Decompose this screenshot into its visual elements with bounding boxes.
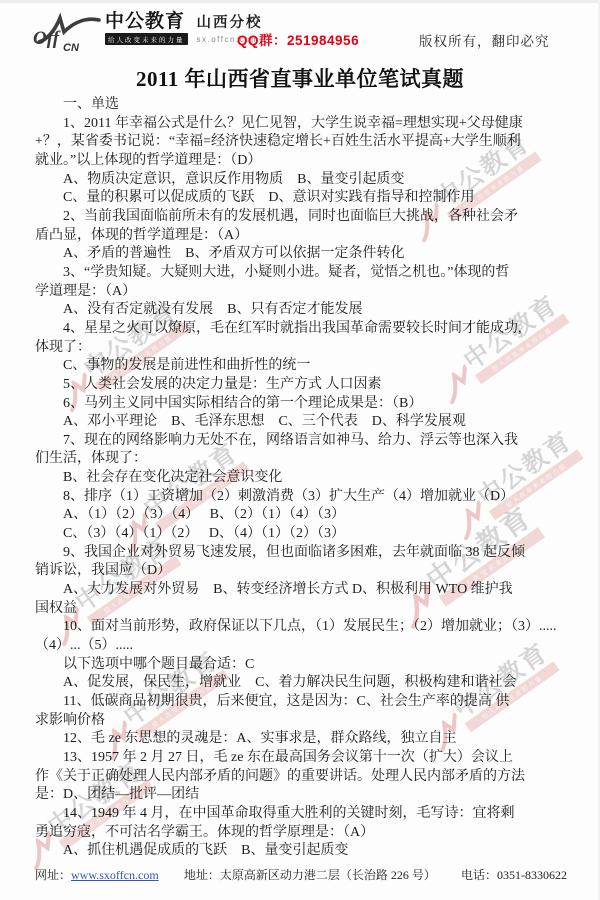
body-line-28: 国权益 bbox=[35, 600, 580, 619]
footer-web: 网址：www.sxoffcn.com bbox=[35, 866, 159, 883]
body-line-22: 8、排序（1）工资增加（2）刺激消费（3）扩大生产（4）增加就业（D） bbox=[35, 488, 580, 507]
qq-group-number: QQ群：251984956 bbox=[237, 29, 359, 49]
body-line-24: C、（3）（4）（1）（2） D、（4）（1）（2）（3） bbox=[35, 525, 580, 544]
body-line-4: 就业。”以上体现的哲学道理是：（D） bbox=[35, 152, 580, 171]
body-line-8: 盾凸显，体现的哲学道理是：（A） bbox=[35, 227, 580, 246]
body-line-2: 1、2011 年幸福公式是什么？见仁见智，大学生说幸福=理想实现+父母健康 bbox=[35, 115, 580, 134]
body-line-7: 2、当前我国面临前所未有的发展机遇，同时也面临巨大挑战，各种社会矛 bbox=[35, 208, 580, 227]
body-line-20: 们生活，体现了： bbox=[35, 450, 580, 469]
body-line-6: C、量的积累可以促成质的飞跃 D、意识对实践有指导和控制作用 bbox=[35, 189, 580, 208]
body-line-23: A、（1）（2）（3）（4） B、（2）（1）（4）（3） bbox=[35, 506, 580, 525]
body-line-13: 4、星星之火可以燎原，毛在红军时就指出我国革命需要较长时间才能成功, bbox=[35, 320, 580, 339]
body-line-35: 12、毛 ze 东思想的灵魂是：A、实事求是，群众路线，独立自主 bbox=[35, 730, 580, 749]
body-line-31: 以下选项中哪个题目最合适：C bbox=[35, 656, 580, 675]
body-line-41: A、抓住机遇促成质的飞跃 B、量变引起质变 bbox=[35, 842, 580, 861]
body-line-30: （4）...（5）..... bbox=[35, 637, 580, 656]
offcn-logo-text-bottom: CN bbox=[63, 42, 80, 52]
body-line-17: 6、马列主义同中国实际相结合的第一个理论成果是：（B） bbox=[35, 395, 580, 414]
body-line-38: 是：D、团结—批评—团结 bbox=[35, 786, 580, 805]
brand-name: 中公教育 bbox=[105, 12, 188, 32]
footer-web-label: 网址： bbox=[35, 868, 71, 882]
body-line-12: A、没有否定就没有发展 B、只有否定才能发展 bbox=[35, 301, 580, 320]
body-line-39: 14、1949 年 4 月，在中国革命取得重大胜利的关键时刻，毛写诗：宜将剩 bbox=[35, 805, 580, 824]
body-line-27: A、大力发展对外贸易 B、转变经济增长方式 D、积极利用 WTO 维护我 bbox=[35, 581, 580, 600]
body-line-26: 销诉讼，我国应（D） bbox=[35, 562, 580, 581]
footer-address: 地址：太原高新区动力港二层（长治路 226 号） bbox=[184, 866, 436, 883]
body-line-29: 10、面对当前形势，政府保证以下几点，（1）发展民生；（2）增加就业；（3）..… bbox=[35, 618, 580, 637]
copyright-notice: 版权所有，翻印必究 bbox=[419, 30, 550, 50]
body-line-3: +？，某省委书记说：“幸福=经济快速稳定增长+百姓生活水平提高+大学生顺利 bbox=[35, 133, 580, 152]
footer-phone: 电话：0351-8330622 bbox=[461, 866, 567, 883]
body-line-5: A、物质决定意识，意识反作用物质 B、量变引起质变 bbox=[35, 171, 580, 190]
body-line-1: 一、单选 bbox=[35, 96, 580, 115]
body-line-11: 学道理是：（A） bbox=[35, 283, 580, 302]
body-line-32: A、促发展，保民生，增就业 C、着力解决民生问题，积极构建和谐社会 bbox=[35, 674, 580, 693]
body-line-37: 作《关于正确处理人民内部矛盾的问题》的重要讲话。处理人民内部矛盾的方法 bbox=[35, 768, 580, 787]
body-line-25: 9、我国企业对外贸易飞速发展，但也面临诸多困难，去年就面临 38 起反倾 bbox=[35, 544, 580, 563]
exam-document-page: 中公教育给人改变未来的力量 中公教育给人改变未来的力量 中公教育给人改变未来的力… bbox=[0, 0, 600, 900]
offcn-logo-icon: Off CN bbox=[33, 12, 103, 52]
body-line-10: 3、“学贵知疑。大疑则大进，小疑则小进。疑者，觉悟之机也。”体现的哲 bbox=[35, 264, 580, 283]
page-title: 2011 年山西省直事业单位笔试真题 bbox=[0, 63, 600, 93]
body-line-15: C、事物的发展是前进性和曲折性的统一 bbox=[35, 357, 580, 376]
offcn-logo-text-top: Off bbox=[33, 28, 61, 49]
page-footer: 网址：www.sxoffcn.com 地址：太原高新区动力港二层（长治路 226… bbox=[35, 866, 567, 883]
body-line-16: 5、人类社会发展的决定力量是：生产方式 人口因素 bbox=[35, 376, 580, 395]
body-line-34: 求影响价格 bbox=[35, 712, 580, 731]
offcn-logo: Off CN 中公教育 给人改变未来的力量 山西分校 sx.offcn.com bbox=[33, 12, 263, 52]
body-line-36: 13、1957 年 2 月 27 日，毛 ze 东在最高国务会议第十一次（扩大）… bbox=[35, 749, 580, 768]
body-line-40: 勇追穷寇，不可沽名学霸王。体现的哲学原理是：（A） bbox=[35, 824, 580, 843]
body-line-19: 7、现在的网络影响力无处不在，网络语言如神马、给力、浮云等也深入我 bbox=[35, 432, 580, 451]
body-line-33: 11、低碳商品初期很贵，后来便宜，这是因为：C、社会生产率的提高 供 bbox=[35, 693, 580, 712]
document-body: 一、单选 1、2011 年幸福公式是什么？见仁见智，大学生说幸福=理想实现+父母… bbox=[35, 96, 580, 861]
brand-tagline: 给人改变未来的力量 bbox=[105, 33, 188, 45]
body-line-9: A、矛盾的普遍性 B、矛盾双方可以依据一定条件转化 bbox=[35, 245, 580, 264]
body-line-21: B、社会存在变化决定社会意识变化 bbox=[35, 469, 580, 488]
website-link[interactable]: www.sxoffcn.com bbox=[71, 868, 159, 882]
body-line-18: A、邓小平理论 B、毛泽东思想 C、三个代表 D、科学发展观 bbox=[35, 413, 580, 432]
body-line-14: 体现了： bbox=[35, 339, 580, 358]
